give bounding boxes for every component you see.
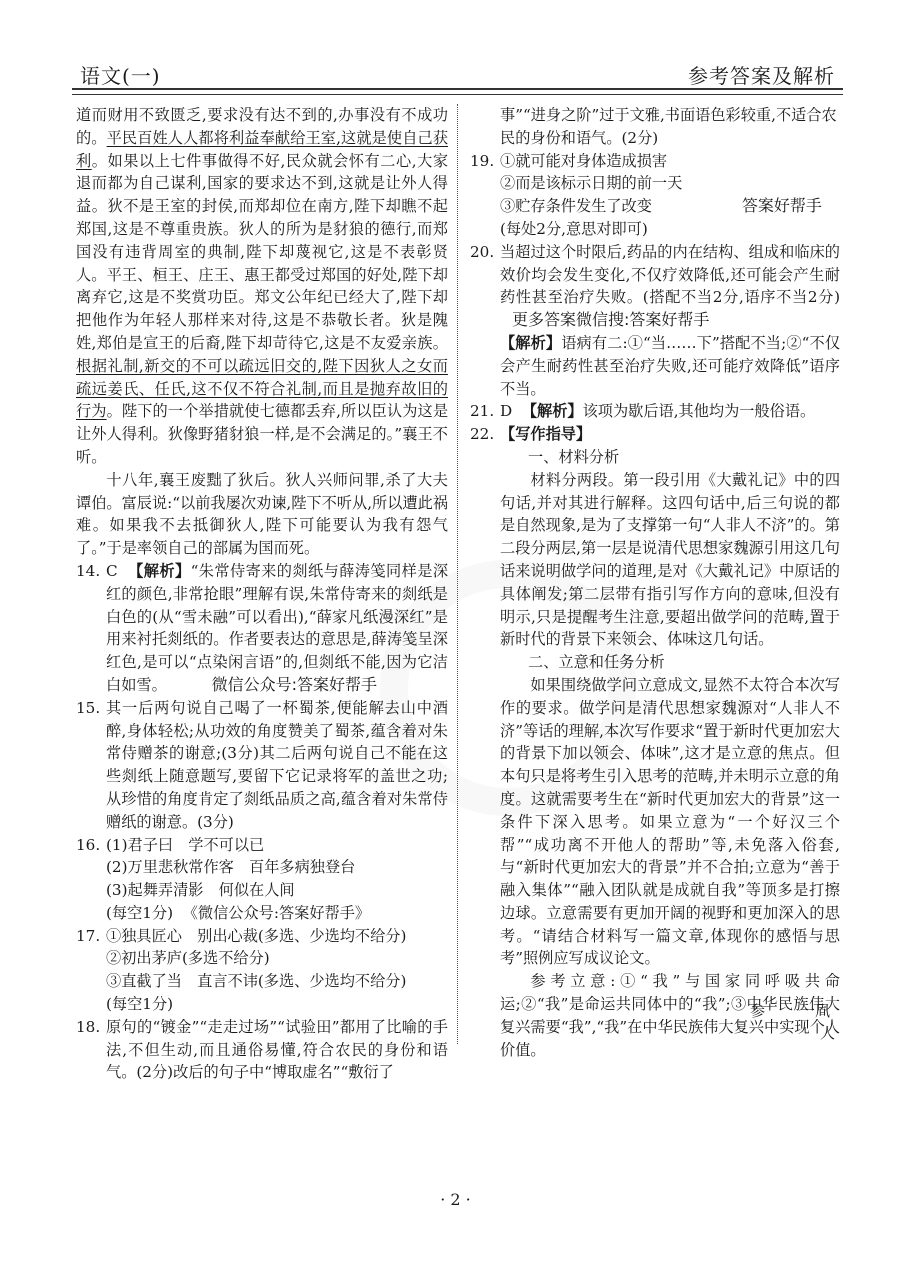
question-number: 22. (470, 423, 494, 446)
stray-glyph: 人 (820, 1022, 835, 1043)
analysis-label: 【解析】 (522, 402, 583, 420)
answer-text: 当超过这个时限后,药品的内在结构、组成和临床的效价均会发生变化,不仅疗效降低,还… (500, 243, 840, 307)
score-note: (每处2分,意思对即可) (500, 218, 840, 241)
analysis-label: 【解析】 (500, 334, 561, 352)
answer-line: ③直截了当 直言不讳(多选、少选均不给分) (106, 970, 448, 993)
answer-18-continued: 事”“进身之阶”过于文雅,书面语色彩较重,不适合农民的身份和语气。(2分) (470, 104, 840, 150)
right-column: 事”“进身之阶”过于文雅,书面语色彩较重,不适合农民的身份和语气。(2分) 19… (470, 104, 840, 1061)
answer-choice: D (500, 402, 512, 420)
answer-line: ①独具匠心 别出心裁(多选、少选均不给分) (106, 925, 448, 948)
answer-17: 17. ①独具匠心 别出心裁(多选、少选均不给分) ②初出茅庐(多选不给分) ③… (76, 925, 448, 1016)
section-title: 参考答案及解析 (688, 60, 835, 89)
answer-line: (2)万里悲秋常作客 百年多病独登台 (106, 856, 448, 879)
question-number: 19. (470, 150, 494, 173)
answer-line: ③贮存条件发生了改变答案好帮手 (500, 195, 840, 218)
watermark-text: 微信公众号:答案好帮手 (212, 675, 377, 694)
answer-22: 22. 【写作指导】 (470, 423, 840, 446)
watermark-text: 更多答案微信搜:答案好帮手 (512, 310, 709, 329)
paragraph: 如果围绕做学问立意成文,显然不太符合本次写作的要求。做学问是清代思想家魏源对“人… (500, 674, 840, 970)
watermark-text: 《微信公众号:答案好帮手》 (183, 904, 370, 922)
answer-choice: C (106, 562, 118, 580)
reference-theme: 参考立意:①“我”与国家同呼吸共命运;②“我”是命运共同体中的“我”;③中华民族… (500, 970, 840, 1061)
left-column: 道而财用不致匮乏,要求没有达不到的,办事没有不成功的。平民百姓人人都将利益奉献给… (76, 104, 448, 1084)
column-divider (457, 104, 458, 1044)
question-number: 18. (76, 1016, 100, 1039)
translation-paragraph-2: 十八年,襄王废黜了狄后。狄人兴师问罪,杀了大夫谭伯。富辰说:“以前我屡次劝谏,陛… (76, 469, 448, 560)
question-number: 16. (76, 834, 100, 857)
answer-20: 20. 当超过这个时限后,药品的内在结构、组成和临床的效价均会发生变化,不仅疗效… (470, 241, 840, 401)
analysis-label: 【解析】 (128, 562, 190, 580)
translation-text: 。陛下的一个举措就使七德都丢弃,所以臣认为这是让外人得利。狄像野猪豺狼一样,是不… (76, 402, 448, 466)
score-line: (每空1分) 《微信公众号:答案好帮手》 (106, 902, 448, 925)
answer-14: 14. C 【解析】“朱常侍寄来的剡纸与薛涛笺同样是深红的颜色,非常抢眼”理解有… (76, 560, 448, 697)
answer-line: ②初出茅庐(多选不给分) (106, 947, 448, 970)
watermark-text: 答案好帮手 (742, 196, 822, 215)
subject-title: 语文(一) (80, 60, 161, 89)
answer-15: 15. 其一后两句说自己喝了一杯蜀茶,便能解去山中酒醉,身体轻松;从功效的角度赞… (76, 697, 448, 834)
question-number: 21. (470, 400, 494, 423)
material-analysis: 材料分两段。第一段引用《大戴礼记》中的四句话,并对其进行解释。这四句话中,后三句… (470, 469, 840, 651)
question-number: 14. (76, 560, 100, 583)
analysis-text: 该项为歇后语,其他均为一般俗语。 (583, 402, 816, 420)
translation-paragraph-1: 道而财用不致匮乏,要求没有达不到的,办事没有不成功的。平民百姓人人都将利益奉献给… (76, 104, 448, 469)
score-note: (每空1分) (106, 904, 173, 922)
answer-line: ②而是该标示日期的前一天 (500, 172, 840, 195)
question-number: 20. (470, 241, 494, 264)
answer-text: 其一后两句说自己喝了一杯蜀茶,便能解去山中酒醉,身体轻松;从功效的角度赞美了蜀茶… (106, 699, 448, 831)
answer-line: (3)起舞弄清影 何似在人间 (106, 879, 448, 902)
paragraph: 材料分两段。第一段引用《大戴礼记》中的四句话,并对其进行解释。这四句话中,后三句… (500, 469, 840, 651)
theme-analysis: 如果围绕做学问立意成文,显然不太符合本次写作的要求。做学问是清代思想家魏源对“人… (470, 674, 840, 1062)
analysis: 【解析】语病有二:①“当……下”搭配不当;②“不仅会产生耐药性甚至治疗失败,还可… (500, 332, 840, 400)
score-note: (每空1分) (106, 993, 448, 1016)
answer-21: 21. D 【解析】该项为歇后语,其他均为一般俗语。 (470, 400, 840, 423)
translation-text: 。如果以上七件事做得不好,民众就会怀有二心,大家退而都为自己谋利,国家的要求达不… (76, 152, 448, 352)
answer-text: 原句的“镀金”“走走过场”“试验田”都用了比喻的手法,不但生动,而且通俗易懂,符… (106, 1018, 448, 1082)
question-number: 17. (76, 925, 100, 948)
answer-19: 19. ①就可能对身体造成损害 ②而是该标示日期的前一天 ③贮存条件发生了改变答… (470, 150, 840, 241)
stray-glyph: 参 (750, 1000, 765, 1021)
header-rule (72, 88, 843, 95)
stray-glyph: 一凬 (800, 1000, 830, 1021)
answer-16: 16. (1)君子曰 学不可以已 (2)万里悲秋常作客 百年多病独登台 (3)起… (76, 834, 448, 925)
page-number: · 2 · (0, 1190, 911, 1209)
answer-text: ③贮存条件发生了改变 (500, 197, 652, 215)
answer-line: ①就可能对身体造成损害 (500, 150, 840, 173)
section-heading-material: 一、材料分析 (470, 446, 840, 469)
answer-18: 18. 原句的“镀金”“走走过场”“试验田”都用了比喻的手法,不但生动,而且通俗… (76, 1016, 448, 1084)
question-number: 15. (76, 697, 100, 720)
writing-guide-title: 【写作指导】 (500, 425, 591, 443)
section-heading-theme: 二、立意和任务分析 (470, 651, 840, 674)
answer-line: (1)君子曰 学不可以已 (106, 834, 448, 857)
